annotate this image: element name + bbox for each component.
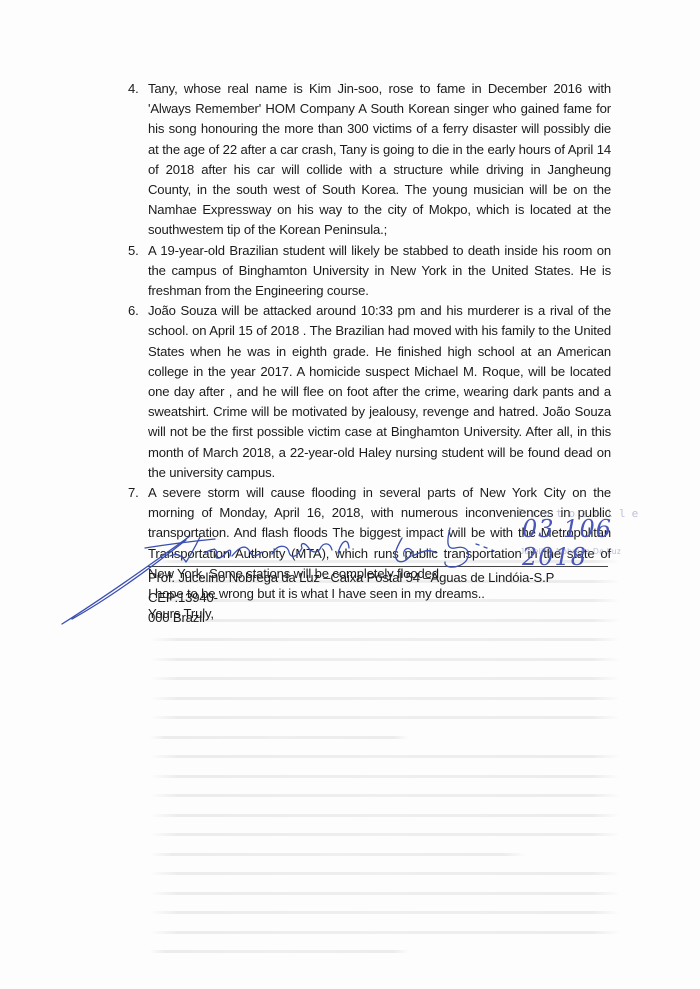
item-number: 6. [128, 301, 139, 321]
address-line-1: Prof. Jucelino Nobrega da Luz –Caixa Pos… [148, 568, 618, 608]
item-text: A 19-year-old Brazilian student will lik… [148, 243, 611, 298]
date-stamp: Protocolle 03 106 2018 Jucelino Nobrega … [506, 507, 666, 559]
signature-line [148, 566, 608, 567]
item-text: Tany, whose real name is Kim Jin-soo, ro… [148, 81, 611, 237]
item-number: 4. [128, 79, 139, 99]
prediction-item: 5. A 19-year-old Brazilian student will … [128, 241, 611, 302]
address-line-2: 000 Brazil [148, 608, 618, 628]
stamp-date: 03 106 2018 [522, 515, 666, 571]
prediction-item: 4. Tany, whose real name is Kim Jin-soo,… [128, 79, 611, 241]
sender-address: Prof. Jucelino Nobrega da Luz –Caixa Pos… [148, 568, 618, 629]
item-text: João Souza will be attacked around 10:33… [148, 303, 611, 480]
item-number: 7. [128, 483, 139, 503]
item-number: 5. [128, 241, 139, 261]
stamp-footer: Jucelino Nobrega Da Luz [520, 547, 621, 556]
prediction-item: 6. João Souza will be attacked around 10… [128, 301, 611, 483]
scanned-letter-page: 4. Tany, whose real name is Kim Jin-soo,… [0, 0, 700, 989]
